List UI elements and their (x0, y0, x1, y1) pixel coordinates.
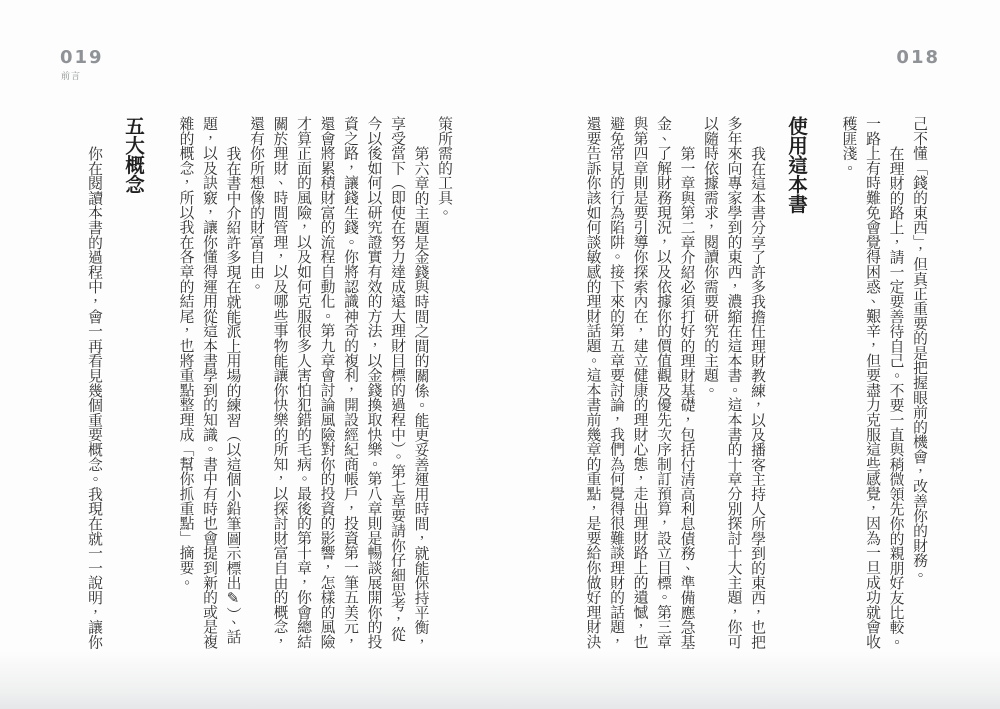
paragraph-text: 我在書中介紹許多現在就能派上用場的練習（以這個小鉛筆圖示標出 (225, 146, 241, 590)
page-number-right: 018 (896, 47, 940, 68)
paragraph-continuation: 己不懂「錢的東西」，但真正重要的是把握眼前的機會，改善你的財務。 (907, 116, 931, 653)
page-number-left: 019 (60, 47, 104, 68)
book-spread: 019 前言 策所需的工具。 第六章的主題是金錢與時間之間的關係。能更妥善運用時… (0, 0, 1000, 709)
page-text-right: 己不懂「錢的東西」，但真正重要的是把握眼前的機會，改善你的財務。 在理財的路上，… (580, 116, 930, 653)
paragraph-chapters-six-to-ten: 第六章的主題是金錢與時間之間的關係。能更妥善運用時間，就能保持平衡，享受當下（即… (244, 116, 432, 653)
paragraph-continuation: 策所需的工具。 (432, 116, 456, 653)
paragraph-exercises: 我在書中介紹許多現在就能派上用場的練習（以這個小鉛筆圖示標出✎）、話題，以及訣竅… (173, 116, 244, 653)
paragraph-chapters-one-to-five: 第一章與第二章介紹必須打好的理財基礎，包括付清高利息債務、準備應急基金、了解財務… (580, 116, 698, 653)
page-text-left: 策所需的工具。 第六章的主題是金錢與時間之間的關係。能更妥善運用時間，就能保持平… (82, 116, 456, 653)
section-heading-how-to-use-this-book: 使用這本書 (782, 116, 808, 653)
page-bottom-shadow (0, 651, 1000, 709)
paragraph-be-kind-to-yourself: 在理財的路上，請一定要善待自己。不要一直與稍微領先你的親朋好友比較。一路上有時難… (836, 116, 907, 653)
paragraph-concepts-intro: 你在閱讀本書的過程中，會一再看見幾個重要概念。我現在就一一說明，讓你 (82, 116, 106, 653)
section-heading-five-concepts: 五大概念 (119, 116, 145, 653)
preface-chapter-label: 前言 (61, 69, 81, 82)
paragraph-book-overview: 我在這本書分享了許多我擔任理財教練，以及播客主持人所學到的東西，也把多年來向專家… (698, 116, 769, 653)
pencil-icon: ✎ (225, 590, 241, 607)
